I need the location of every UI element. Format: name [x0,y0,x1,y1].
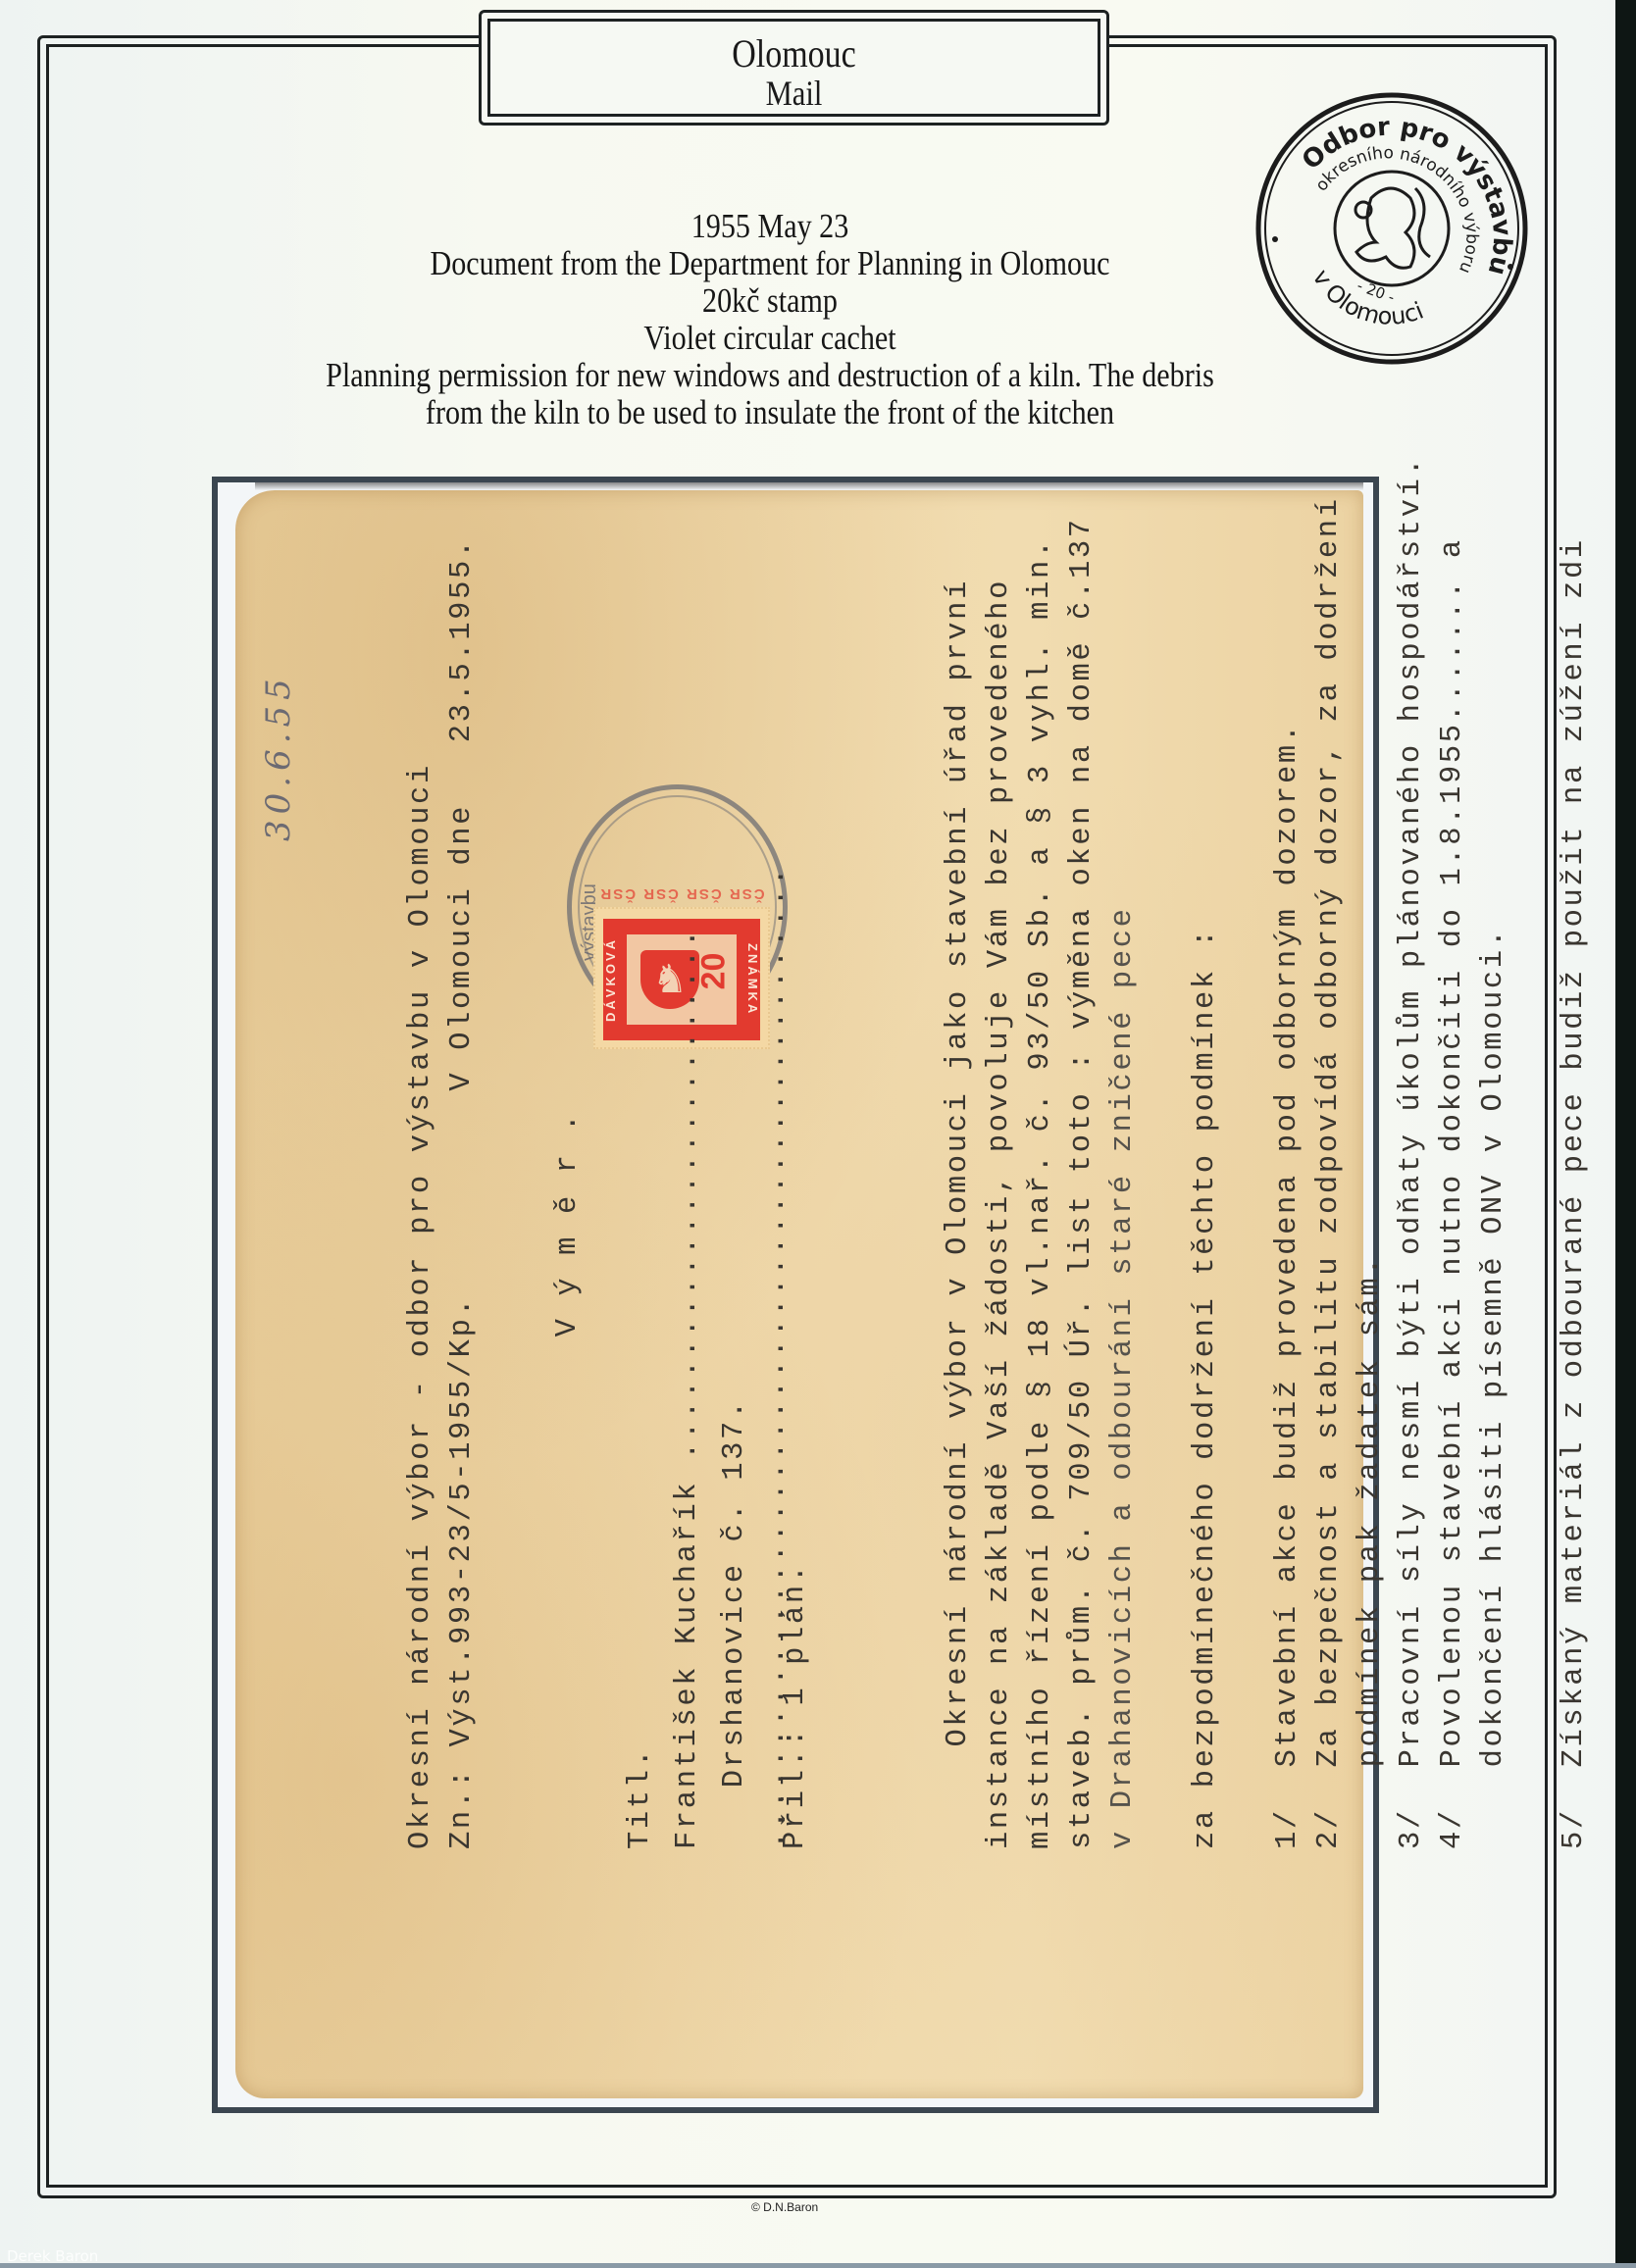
typed-line: v Drahanovicích a odbourání staré zničen… [1106,906,1140,1849]
typed-line: instance na základě Vaší žádosti, povolu… [983,579,1016,1849]
item-description: 1955 May 23 Document from the Department… [157,208,1383,431]
typed-line: místního řízení podle § 18 vl.nař. č. 93… [1024,537,1057,1849]
typed-line: dokončení hlásiti písemně ONV v Olomouci… [1477,927,1510,1849]
typed-line: Okresní národní výbor - odbor pro výstav… [404,763,437,1849]
description-line: from the kiln to be used to insulate the… [243,394,1298,431]
typed-line: 3/ Pracovní síly nesmí býti odňaty úkolů… [1395,456,1428,1849]
typed-line: František Kuchařík .....................… [671,927,704,1849]
typed-line: Okresní národní výbor v Olomouci jako st… [942,579,975,1849]
typed-line: V ý m ě r . [551,1111,585,1849]
typed-line: Přil.: 1 plán. [779,1562,812,1849]
typed-line: 1/ Stavební akce budiž provedena pod odb… [1271,722,1304,1849]
typed-line: Drshanovice č. 137. [718,1398,751,1849]
typed-line: staveb. prům. č. 709/50 Úř. list toto : … [1065,517,1099,1849]
description-line: Planning permission for new windows and … [243,357,1298,394]
lion-emblem-icon [1355,188,1430,268]
description-line: Violet circular cachet [243,320,1298,357]
typed-line: Zn.: Výst.993-23/5-1955/Kp. V Olomouci d… [445,537,479,1849]
svg-text:v Olomouci: v Olomouci [1298,259,1434,347]
typed-document-text: Okresní národní výbor - odbor pro výstav… [404,428,1581,1849]
scan-bottom-edge [0,2263,1636,2268]
typed-line: Titl. [624,1746,657,1849]
cachet-illustration: Odbor pro výstavbu okresního národního v… [1253,90,1530,367]
page-title: Olomouc [536,33,1051,75]
typed-line: 2/ Za bezpečnost a stabilitu zodpovídá o… [1312,496,1346,1849]
description-line: 20kč stamp [243,282,1298,320]
description-line: Document from the Department for Plannin… [243,245,1298,282]
pencil-note: 30.6.55 [259,673,298,841]
page-subtitle: Mail [536,75,1051,112]
page-title-box: Olomouc Mail [479,10,1109,126]
description-date: 1955 May 23 [243,208,1298,245]
typed-line: podmínek pak žadatek sám. [1354,1255,1387,1849]
watermark: Derek Baron [7,2247,98,2265]
typed-line: 5/ Získaný materiál z odbourané pece bud… [1558,537,1591,1849]
scan-edge-strip [1615,0,1636,2268]
typed-line: 4/ Povolenou stavební akci nutno dokonči… [1436,537,1469,1849]
typed-line: za bezpodmínečného dodržení těchto podmí… [1189,927,1222,1849]
copyright: © D.N.Baron [751,2200,818,2214]
